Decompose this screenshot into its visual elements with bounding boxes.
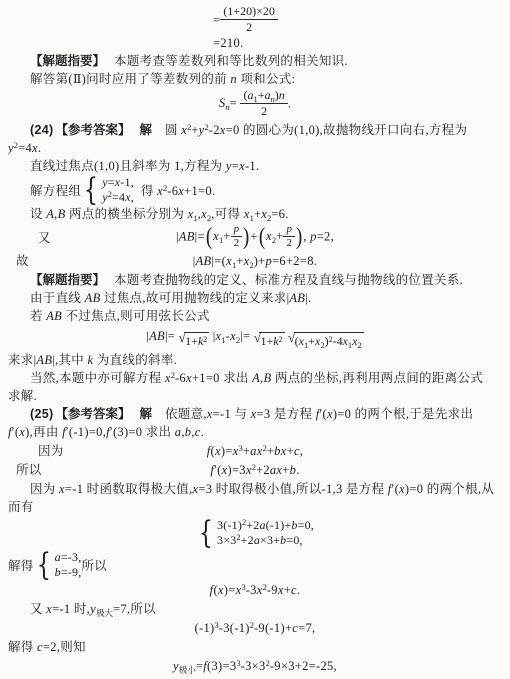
equation-f-definition: 因为 f(x)=x3+ax2+bx+c, bbox=[8, 442, 502, 460]
equation-f-with-c: f(x)=x3-3x2-9x+c. bbox=[8, 581, 502, 599]
f-body: f(x)=x3+ax2+bx+c, bbox=[207, 444, 303, 458]
ab-tail: , p=2, bbox=[303, 229, 334, 243]
fraction: (1+20)×20 2 bbox=[220, 5, 278, 34]
radicand: 1+k2 bbox=[184, 332, 209, 349]
equation-system-ab-coefficients: { 3(-1)2+2a(-1)+b=0, 3×32+2a×3+b=0, bbox=[8, 518, 502, 548]
equation-chord-length: |AB|= √1+k2 |x1-x2|= √1+k2 √(x1+x2)2-4x1… bbox=[8, 327, 502, 349]
plus-sign: + bbox=[250, 229, 257, 243]
equation-ymin-result: y极小=f(3)=33-3×32-9×3+2=-25, bbox=[8, 657, 502, 675]
tip-tag: 【解题指要】 bbox=[30, 273, 105, 287]
equation-ab-result: 故 |AB|=(x1+x2)+p=6+2=8. bbox=[8, 252, 502, 270]
paragraph-tip-q24: 【解题指要】本题考查抛物线的定义、标准方程及直线与抛物线的位置关系. bbox=[8, 271, 502, 289]
math-solutions-document: = (1+20)×20 2 =210. 【解题指要】本题考查等差数列和等比数列的… bbox=[0, 0, 510, 675]
fraction: p2 bbox=[283, 224, 295, 249]
question-number: (24) bbox=[30, 123, 53, 137]
brace-system: { y=x-1, y2=4x, bbox=[81, 175, 134, 205]
fraction: p2 bbox=[231, 224, 243, 249]
line-solve-coefficients: 解得 { a=-3, b=-9, 所以 bbox=[8, 550, 502, 580]
equation-solve-c: (-1)3-3(-1)2-9(-1)+c=7, bbox=[8, 619, 502, 637]
system-row-1: 3(-1)2+2a(-1)+b=0, bbox=[217, 518, 314, 533]
system-result: 得 x2-6x+1=0. bbox=[141, 181, 215, 199]
sn-lhs: Sn= bbox=[219, 96, 237, 110]
chord-mid: |x1-x2|= bbox=[213, 329, 251, 343]
q25-head-text: 依题意,x=-1 与 x=3 是方程 f′(x)=0 的两个根,于是先求出 bbox=[165, 407, 473, 421]
ab-term2: x2+ bbox=[266, 229, 283, 243]
paragraph-tip-q24-line3: 若 AB 不过焦点,则可用弦长公式 bbox=[8, 307, 502, 325]
system-row-1: y=x-1, bbox=[102, 175, 134, 190]
ab-lhs: |AB|= bbox=[176, 229, 205, 243]
fraction-numerator: p bbox=[231, 224, 243, 236]
equals-sign: = bbox=[213, 13, 220, 28]
fraction-denominator: 2 bbox=[240, 103, 287, 118]
tip-text: 本题考查抛物线的定义、标准方程及直线与抛物线的位置关系. bbox=[114, 273, 463, 287]
paragraph-q24-focus-line: 直线过焦点(1,0)且斜率为 1,方程为 y=x-1. bbox=[8, 157, 502, 175]
paragraph-q25-c-result: 解得 c=2,则知 bbox=[8, 638, 502, 656]
ab-term1: x1+ bbox=[213, 229, 230, 243]
equation-ab-length: 又 |AB|=(x1+p2)+(x2+p2), p=2, bbox=[8, 225, 502, 250]
fraction-denominator: 2 bbox=[220, 19, 278, 34]
left-brace: { bbox=[36, 550, 50, 580]
left-paren: ( bbox=[206, 226, 213, 248]
system-label: 解方程组 bbox=[30, 181, 81, 199]
fraction: (a1+an)n 2 bbox=[240, 89, 287, 118]
sn-tail: . bbox=[288, 96, 291, 110]
connective-you: 又 bbox=[38, 229, 51, 247]
paragraph-tip-q24-line2: 由于直线 AB 过焦点,故可用抛物线的定义来求|AB|. bbox=[8, 289, 502, 307]
answer-tag: 【参考答案】 bbox=[55, 407, 130, 421]
brace-system: { a=-3, b=-9, bbox=[34, 550, 82, 580]
square-root: √1+k2 bbox=[179, 332, 210, 349]
paragraph-q25-head-cont: f′(x),再由 f′(-1)=0,f′(3)=0 求出 a,b,c. bbox=[8, 423, 502, 441]
system-row-2: 3×32+2a×3+b=0, bbox=[217, 533, 303, 548]
solve-post: 所以 bbox=[81, 556, 107, 574]
paragraph-q25-extrema: 因为 x=-1 时函数取得极大值,x=3 时取得极小值,所以-1,3 是方程 f… bbox=[8, 480, 502, 498]
right-paren: ) bbox=[296, 226, 303, 248]
equation-system-line: 解方程组 { y=x-1, y2=4x, 得 x2-6x+1=0. bbox=[8, 175, 502, 205]
system-row-1: a=-3, bbox=[55, 550, 82, 565]
f-derivative-body: f′(x)=3x2+2ax+b. bbox=[210, 463, 299, 477]
square-root: √(x1+x2)2-4x1x2 bbox=[288, 332, 364, 349]
square-root: √1+k2 bbox=[254, 332, 285, 349]
solve-label: 解 bbox=[139, 407, 152, 421]
left-brace: { bbox=[84, 175, 98, 205]
paragraph-q24-head-cont: y2=4x. bbox=[8, 139, 502, 157]
solve-pre: 解得 bbox=[8, 556, 34, 574]
equation-f-derivative: 所以 f′(x)=3x2+2ax+b. bbox=[8, 461, 502, 479]
paragraph-q25-head: (25)【参考答案】解依题意,x=-1 与 x=3 是方程 f′(x)=0 的两… bbox=[8, 405, 502, 423]
equation-series-sum-step: = (1+20)×20 2 bbox=[213, 5, 502, 35]
system-row-2: b=-9, bbox=[55, 565, 82, 580]
paragraph-q24-roots: 设 A,B 两点的横坐标分别为 x1,x2,可得 x1+x2=6. bbox=[8, 205, 502, 223]
q24-head-text: 圆 x2+y2-2x=0 的圆心为(1,0),故抛物线开口向右,方程为 bbox=[165, 123, 467, 137]
answer-tag: 【参考答案】 bbox=[55, 123, 130, 137]
paragraph-tip-q23-line2: 解答第(Ⅱ)问时应用了等差数列的前 n 项和公式: bbox=[8, 70, 502, 88]
left-brace: { bbox=[199, 518, 213, 548]
equation-sn-formula: Sn= (a1+an)n 2 . bbox=[8, 90, 502, 119]
chord-lhs: |AB|= bbox=[146, 329, 175, 343]
tip-tag: 【解题指要】 bbox=[30, 54, 105, 68]
solve-label: 解 bbox=[139, 123, 152, 137]
radical-sign: √ bbox=[254, 331, 261, 345]
paragraph-tip-q24-line6: 求解. bbox=[8, 387, 502, 405]
fraction-numerator: (1+20)×20 bbox=[220, 5, 278, 19]
fraction-numerator: p bbox=[283, 224, 295, 236]
radical-sign: √ bbox=[179, 331, 186, 345]
radicand: (x1+x2)2-4x1x2 bbox=[294, 332, 364, 349]
fraction-denominator: 2 bbox=[283, 236, 295, 249]
connective-gu: 故 bbox=[16, 252, 29, 270]
equation-series-sum-result: =210. bbox=[213, 35, 502, 52]
solve-c-body: (-1)3-3(-1)2-9(-1)+c=7, bbox=[195, 621, 316, 635]
system-row-2: y2=4x, bbox=[102, 190, 134, 205]
right-paren: ) bbox=[243, 226, 250, 248]
brace-system: { 3(-1)2+2a(-1)+b=0, 3×32+2a×3+b=0, bbox=[196, 518, 314, 548]
connective-suoyi: 所以 bbox=[16, 461, 42, 479]
paragraph-q24-head: (24)【参考答案】解圆 x2+y2-2x=0 的圆心为(1,0),故抛物线开口… bbox=[8, 121, 502, 139]
paragraph-tip-q23: 【解题指要】本题考查等差数列和等比数列的相关知识. bbox=[8, 52, 502, 70]
ab-result-body: |AB|=(x1+x2)+p=6+2=8. bbox=[193, 254, 317, 268]
f-with-c-body: f(x)=x3-3x2-9x+c. bbox=[210, 583, 301, 597]
paragraph-tip-q24-line4: 来求|AB|,其中 k 为直线的斜率. bbox=[8, 351, 502, 369]
tip-text: 本题考查等差数列和等比数列的相关知识. bbox=[114, 54, 348, 68]
left-paren: ( bbox=[259, 226, 266, 248]
paragraph-q25-extrema-cont: 而有 bbox=[8, 498, 502, 516]
connective-yinwei: 因为 bbox=[38, 442, 64, 460]
radicand: 1+k2 bbox=[259, 332, 284, 349]
ymin-body: y极小=f(3)=33-3×32-9×3+2=-25, bbox=[173, 659, 337, 673]
fraction-numerator: (a1+an)n bbox=[240, 89, 287, 103]
fraction-denominator: 2 bbox=[231, 236, 243, 249]
radical-sign: √ bbox=[288, 331, 295, 345]
question-number: (25) bbox=[30, 407, 53, 421]
paragraph-q25-ymax: 又 x=-1 时,y极大=7,所以 bbox=[8, 600, 502, 618]
paragraph-tip-q24-line5: 当然,本题中亦可解方程 x2-6x+1=0 求出 A,B 两点的坐标,再利用两点… bbox=[8, 369, 502, 387]
